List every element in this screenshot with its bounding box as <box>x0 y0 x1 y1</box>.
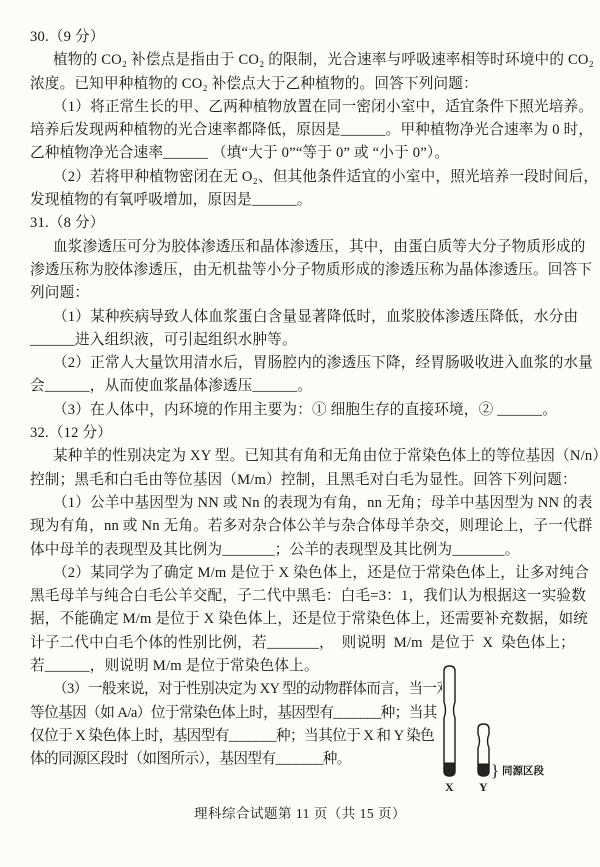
text-line: 仅位于 X 染色体上时，基因型有_______种；当其位于 X 和 Y 染色 <box>30 725 442 748</box>
text-line: 发现植物的有氧呼吸增加，原因是______。 <box>30 189 586 212</box>
y-chromosome-label: Y <box>479 780 488 794</box>
text-line: 渗透压称为胶体渗透压，由无机盐等小分子物质形成的渗透压称为晶体渗透压。回答下 <box>30 259 586 282</box>
text-line: 等位基因（如 A/a）位于常染色体上时，基因型有_______种；当其 <box>30 702 442 725</box>
text-line: 控制；黑毛和白毛由等位基因（M/m）控制，且黑毛对白毛为显性。回答下列问题： <box>30 469 586 492</box>
text-line: 体的同源区段时（如图所示），基因型有_______种。 <box>30 748 442 771</box>
text-line: 植物的 CO₂ 补偿点是指由于 CO₂ 的限制，光合速率与呼吸速率相等时环境中的… <box>30 49 586 72</box>
text-line: 血浆渗透压可分为胶体渗透压和晶体渗透压，其中，由蛋白质等大分子物质形成的 <box>30 236 586 259</box>
brace-icon: } <box>491 761 499 780</box>
y-chromosome-homologous-tip <box>478 764 489 776</box>
text-line: 据，不能确定 M/m 是位于 X 染色体上，还是位于常染色体上，还需要补充数据，… <box>30 608 586 631</box>
page-footer: 理科综合试题第 11 页（共 15 页） <box>0 802 600 822</box>
text-line: （1）某种疾病导致人体血浆蛋白含量显著降低时，血浆胶体渗透压降低，水分由 <box>30 306 586 329</box>
x-chromosome-homologous-tip <box>444 763 455 776</box>
homologous-region-label: 同源区段 <box>502 764 544 777</box>
question-30-heading: 30.（9 分） <box>30 26 586 49</box>
text-line: 体中母羊的表现型及其比例为_______；公羊的表现型及其比例为_______。 <box>30 539 586 562</box>
text-line: 浓度。已知甲种植物的 CO₂ 补偿点大于乙种植物的。回答下列问题： <box>30 73 586 96</box>
text-line: （1）将正常生长的甲、乙两种植物放置在同一密闭小室中，适宜条件下照光培养。 <box>30 96 586 119</box>
text-line: 列问题： <box>30 282 586 305</box>
question-32-heading: 32.（12 分） <box>30 422 586 445</box>
text-line: （1）公羊中基因型为 NN 或 Nn 的表现为有角，nn 无角；母羊中基因型为 … <box>30 492 586 515</box>
exam-page: 30.（9 分） 植物的 CO₂ 补偿点是指由于 CO₂ 的限制，光合速率与呼吸… <box>0 0 600 867</box>
text-line: （2）正常人大量饮用清水后，胃肠腔内的渗透压下降，经胃肠吸收进入血浆的水量 <box>30 352 586 375</box>
text-line: （3）一般来说，对于性别决定为 XY 型的动物群体而言，当一对 <box>30 678 442 701</box>
text-line: （3）在人体中，内环境的作用主要为：① 细胞生存的直接环境，② ______。 <box>30 399 586 422</box>
text-line: 某种羊的性别决定为 XY 型。已知其有角和无角由位于常染色体上的等位基因（N/n… <box>30 445 586 468</box>
x-chromosome-shape <box>444 666 455 776</box>
text-line: （2）若将甲种植物密闭在无 O₂、但其他条件适宜的小室中，照光培养一段时间后， <box>30 166 586 189</box>
text-line: 黑毛母羊与纯合白毛公羊交配，子二代中黑毛：白毛=3：1，我们认为根据这一实验数 <box>30 585 586 608</box>
text-line: 现为有角，nn 或 Nn 无角。若多对杂合体公羊与杂合体母羊杂交，则理论上，子一… <box>30 515 586 538</box>
x-chromosome-label: X <box>445 780 454 794</box>
text-line: 乙种植物净光合速率______ （填“大于 0”“等于 0” 或 “小于 0”）… <box>30 142 586 165</box>
text-line: ______进入组织液，可引起组织水肿等。 <box>30 329 586 352</box>
text-line: 会______，从而使血浆晶体渗透压______。 <box>30 375 586 398</box>
text-line: 培养后发现两种植物的光合速率都降低，原因是______。甲种植物净光合速率为 0… <box>30 119 586 142</box>
question-31-heading: 31.（8 分） <box>30 212 586 235</box>
text-line: （2）某同学为了确定 M/m 是位于 X 染色体上，还是位于常染色体上，让多对纯… <box>30 562 586 585</box>
xy-chromosome-figure: } 同源区段 X Y <box>428 652 598 802</box>
